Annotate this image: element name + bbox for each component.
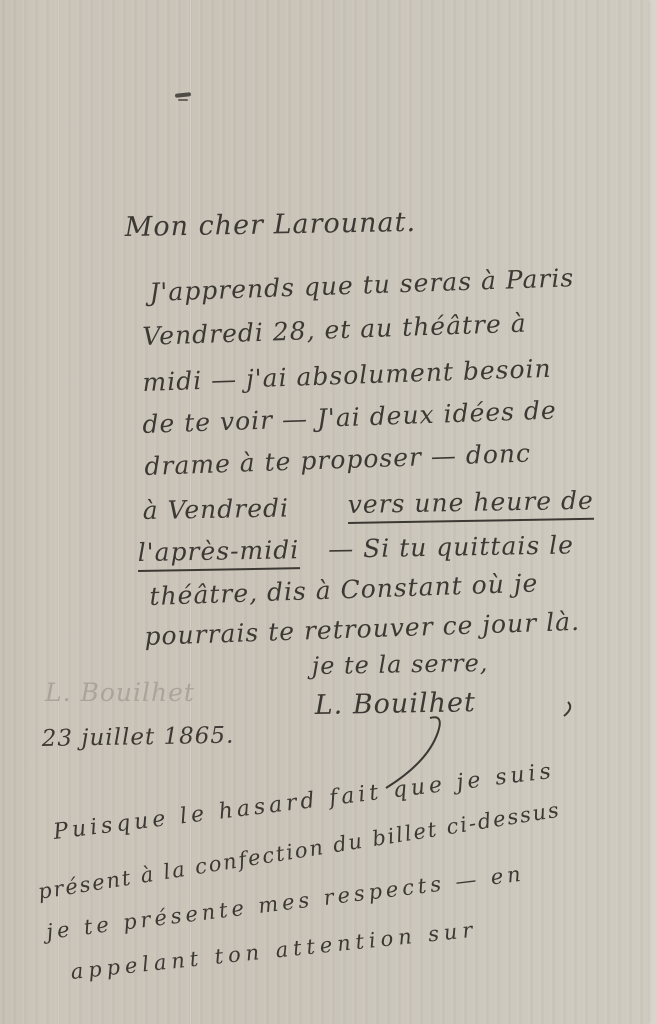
pencil-annotation-name: L. Bouilhet	[45, 678, 195, 707]
annotation-date: 23 juillet 1865.	[42, 723, 235, 752]
letter-paper: Mon cher Larounat. J'apprends que tu ser…	[0, 0, 648, 1024]
